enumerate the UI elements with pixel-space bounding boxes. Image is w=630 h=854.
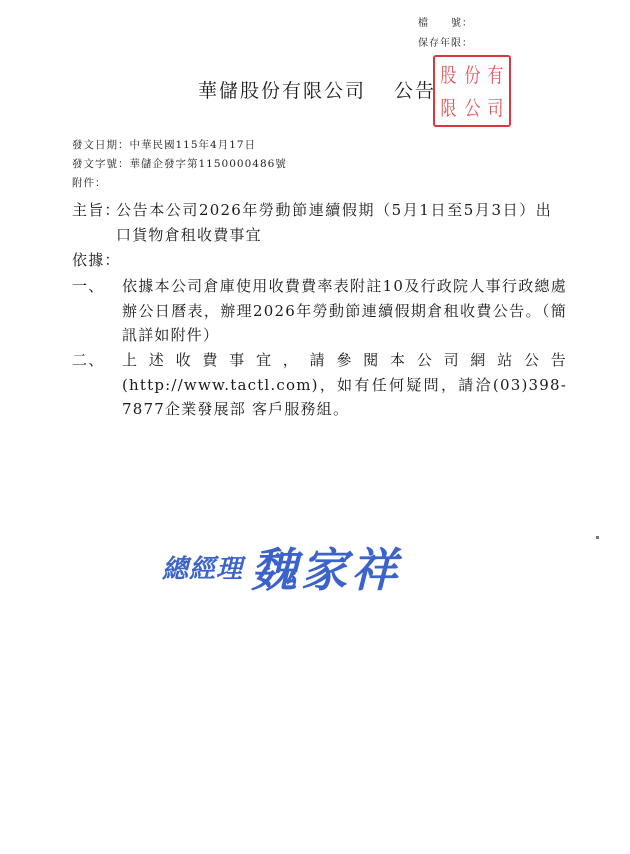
subject-section: 主旨： 公告本公司2026年勞動節連續假期（5月1日至5月3日）出口貨物倉租收費… [72,198,552,247]
item-number: 二、 [72,348,104,373]
item-number: 一、 [72,274,104,299]
seal-char: 司 [487,92,505,124]
retention-period-label: 保存年限： [418,34,473,49]
scan-speck [596,536,599,539]
document-type: 公告 [394,80,436,102]
seal-char: 公 [463,92,481,124]
company-seal-stamp: 股 份 有 限 公 司 [433,55,511,127]
company-name: 華儲股份有限公司 [198,80,366,102]
item-text: 依據本公司倉庫使用收費費率表附註10及行政院人事行政總處辦公日曆表，辦理2026… [122,274,567,348]
seal-char: 份 [463,59,481,91]
seal-char: 股 [439,59,457,91]
signatory-name: 魏家祥 [251,543,401,597]
file-number-label: 檔 號： [418,14,473,29]
basis-item: 二、 上述收費事宜，請參閱本公司網站公告(http://www.tactl.co… [122,348,567,422]
attachment-label: 附件： [72,174,107,193]
document-title: 華儲股份有限公司公告 [198,76,436,103]
seal-char: 有 [487,59,505,91]
signature-block: 總經理魏家祥 [162,534,401,600]
basis-label: 依據： [72,248,121,273]
seal-char: 限 [439,92,457,124]
subject-text: 公告本公司2026年勞動節連續假期（5月1日至5月3日）出口貨物倉租收費事宜 [116,198,552,247]
signatory-title: 總經理 [162,555,243,585]
issue-date: 發文日期：中華民國115年4月17日 [72,136,256,155]
issue-number: 發文字號：華儲企發字第1150000486號 [72,155,287,174]
item-text: 上述收費事宜，請參閱本公司網站公告(http://www.tactl.com)，… [122,348,567,422]
basis-item: 一、 依據本公司倉庫使用收費費率表附註10及行政院人事行政總處辦公日曆表，辦理2… [122,274,567,348]
subject-label: 主旨： [72,198,121,223]
